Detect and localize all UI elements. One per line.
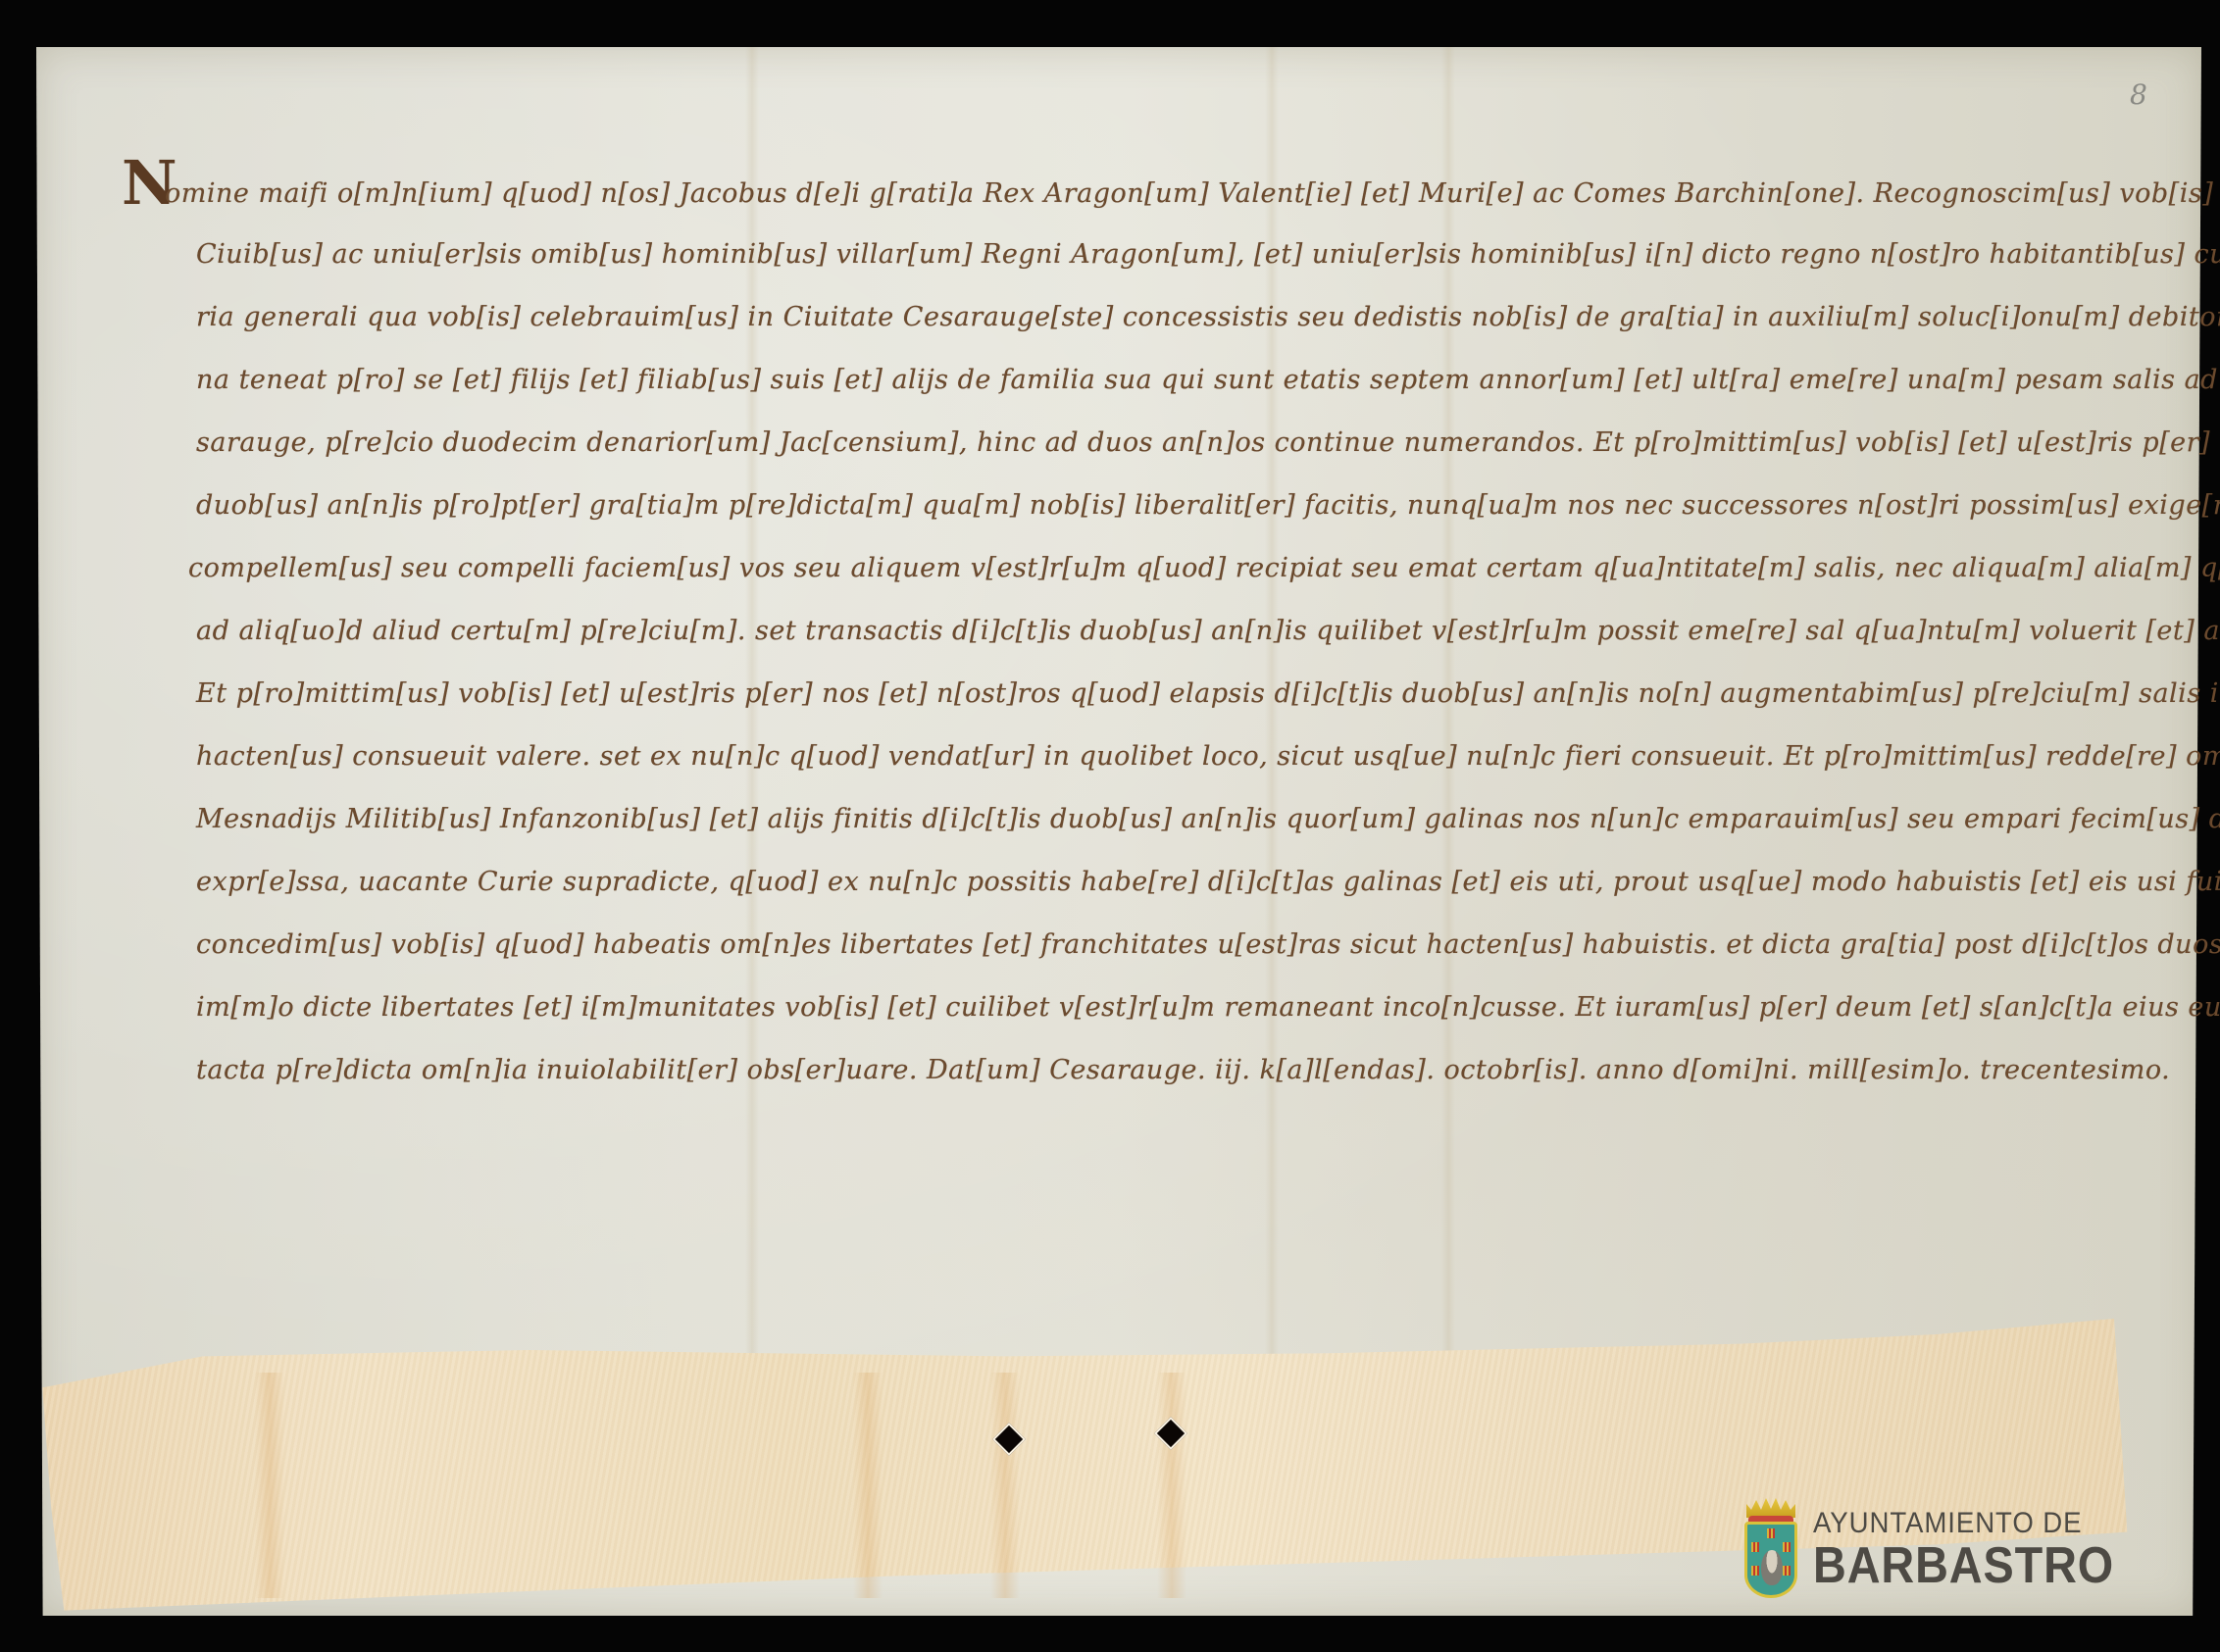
manuscript-line: Ciuib[us] ac uniu[er]sis omib[us] homini… xyxy=(196,225,2220,284)
manuscript-line: sarauge, p[re]cio duodecim denarior[um] … xyxy=(196,414,2220,473)
crown-icon xyxy=(1746,1498,1795,1518)
stain xyxy=(853,1373,883,1598)
bearded-head-icon xyxy=(1761,1550,1783,1585)
manuscript-line: im[m]o dicte libertates [et] i[m]munitat… xyxy=(196,978,2220,1037)
manuscript-line: omine maifi o[m]n[ium] q[uod] n[os] Jaco… xyxy=(165,165,2220,224)
manuscript-line: Et p[ro]mittim[us] vob[is] [et] u[est]ri… xyxy=(196,665,2220,724)
aragon-bars-icon xyxy=(1751,1566,1759,1576)
manuscript-line: compellem[us] seu compelli faciem[us] vo… xyxy=(188,539,2220,598)
coat-of-arms-icon xyxy=(1741,1498,1801,1600)
stain xyxy=(1157,1373,1186,1598)
ayuntamiento-barbastro-logo: AYUNTAMIENTO DE BARBASTRO xyxy=(1741,1498,2147,1600)
manuscript-line: Mesnadijs Militib[us] Infanzonib[us] [et… xyxy=(196,790,2220,849)
manuscript-line: hacten[us] consueuit valere. set ex nu[n… xyxy=(196,727,2220,786)
logo-line-barbastro: BARBASTRO xyxy=(1813,1540,2114,1591)
aragon-bars-icon xyxy=(1783,1542,1791,1552)
manuscript-line: concedim[us] vob[is] q[uod] habeatis om[… xyxy=(196,916,2220,975)
aragon-bars-icon xyxy=(1751,1542,1759,1552)
stain xyxy=(990,1373,1020,1598)
manuscript-line: ria generali qua vob[is] celebrauim[us] … xyxy=(196,288,2220,347)
shield-icon xyxy=(1744,1522,1797,1598)
manuscript-line: tacta p[re]dicta om[n]ia inuiolabilit[er… xyxy=(196,1041,2170,1100)
aragon-bars-icon xyxy=(1767,1528,1775,1538)
folio-number: 8 xyxy=(2130,78,2147,111)
manuscript-line: ad aliq[uo]d aliud certu[m] p[re]ciu[m].… xyxy=(196,602,2220,661)
manuscript-line: na teneat p[ro] se [et] filijs [et] fili… xyxy=(196,351,2220,410)
manuscript-line: expr[e]ssa, uacante Curie supradicte, q[… xyxy=(196,853,2220,912)
manuscript-line: duob[us] an[n]is p[ro]pt[er] gra[tia]m p… xyxy=(196,476,2220,535)
logo-text: AYUNTAMIENTO DE BARBASTRO xyxy=(1813,1507,2147,1591)
aragon-bars-icon xyxy=(1783,1566,1791,1576)
stain xyxy=(255,1373,284,1598)
logo-line-ayuntamiento: AYUNTAMIENTO DE xyxy=(1813,1507,2121,1540)
